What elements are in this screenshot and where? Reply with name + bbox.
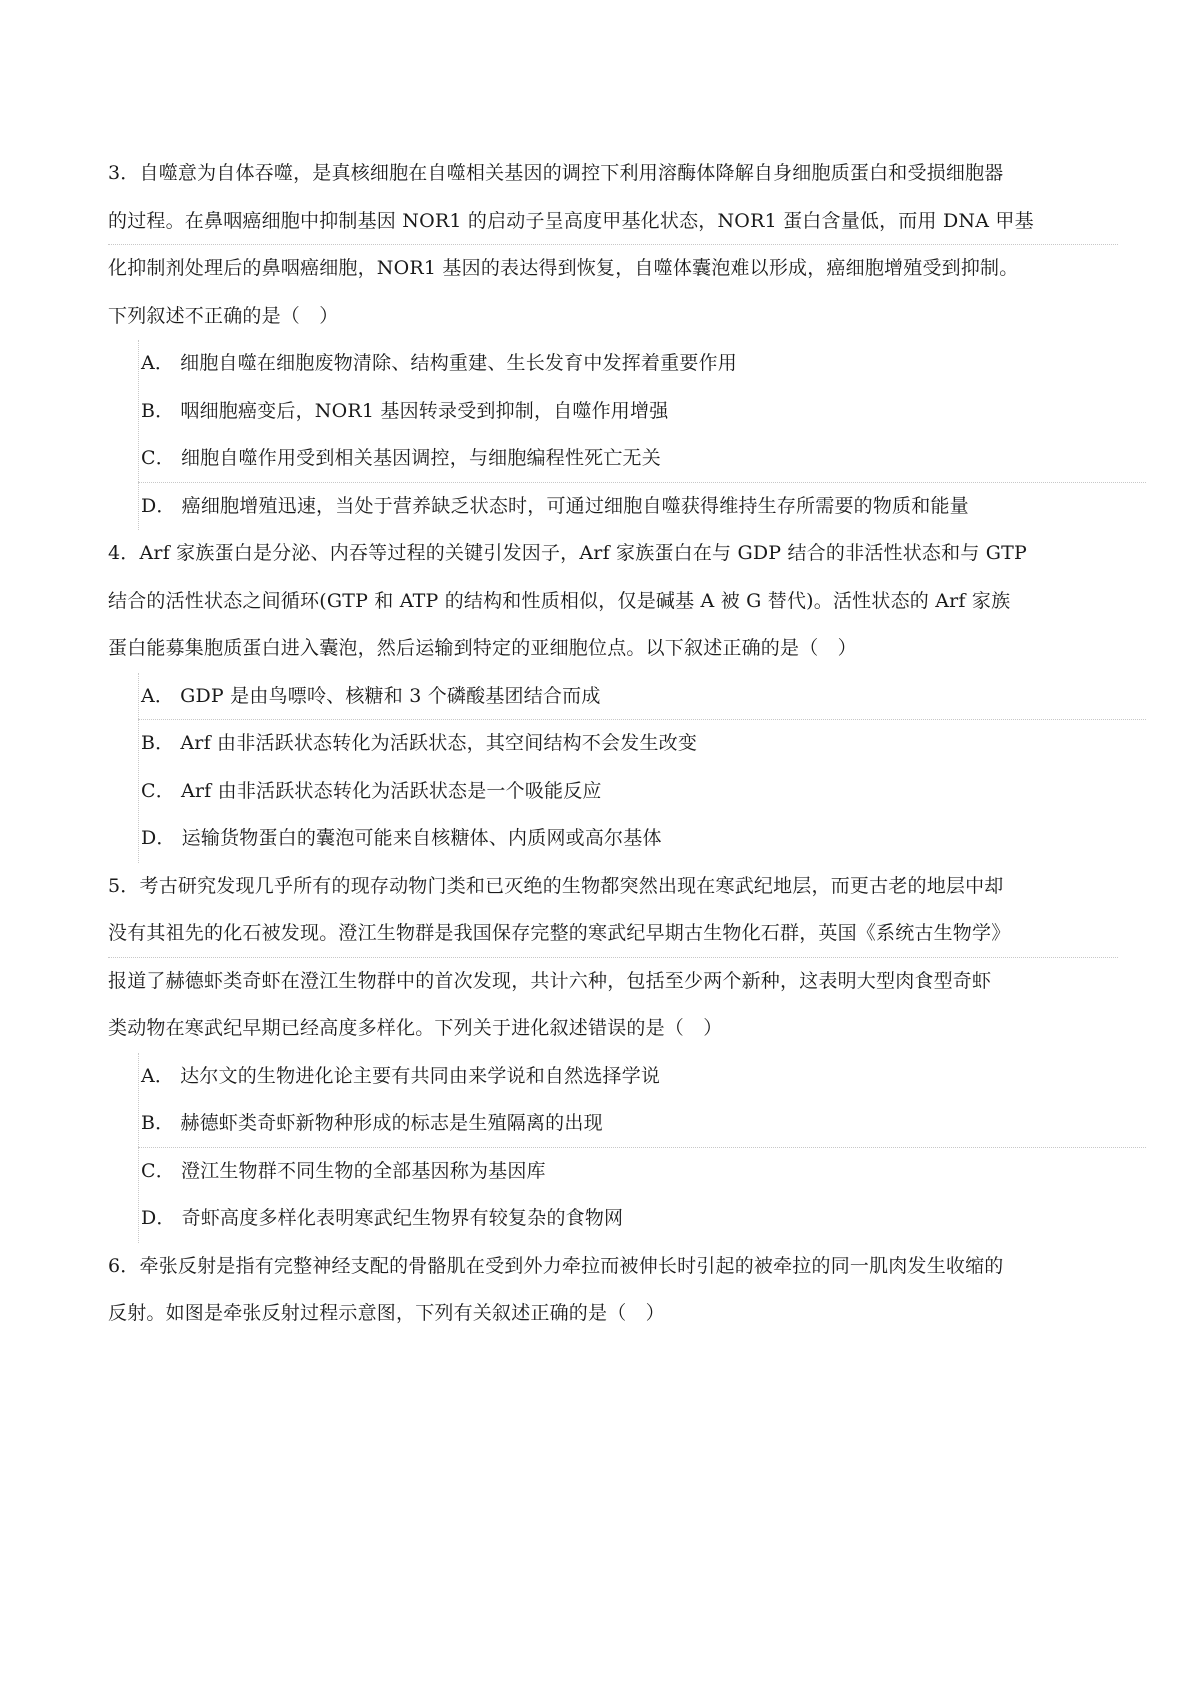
option-label: C． — [141, 780, 175, 802]
option-text: 运输货物蛋白的囊泡可能来自核糖体、内质网或高尔基体 — [182, 827, 662, 849]
question-5-option-c: C．澄江生物群不同生物的全部基因称为基因库 — [141, 1148, 1098, 1196]
question-3: 3．自噬意为自体吞噬，是真核细胞在自噬相关基因的调控下利用溶酶体降解自身细胞质蛋… — [108, 150, 1098, 530]
option-text: 咽细胞癌变后，NOR1 基因转录受到抑制，自噬作用增强 — [180, 400, 668, 422]
question-5-stem-line-1: 5．考古研究发现几乎所有的现存动物门类和已灭绝的生物都突然出现在寒武纪地层，而更… — [108, 863, 1098, 911]
question-5-option-d: D．奇虾高度多样化表明寒武纪生物界有较复杂的食物网 — [141, 1195, 1098, 1243]
question-6-stem-line-2: 反射。如图是牵张反射过程示意图，下列有关叙述正确的是（ ） — [108, 1290, 1098, 1338]
question-3-option-b: B．咽细胞癌变后，NOR1 基因转录受到抑制，自噬作用增强 — [141, 388, 1098, 436]
question-3-options: A．细胞自噬在细胞废物清除、结构重建、生长发育中发挥着重要作用 B．咽细胞癌变后… — [138, 340, 1098, 530]
option-label: B． — [141, 732, 174, 754]
question-6-stem-line-1: 6．牵张反射是指有完整神经支配的骨骼肌在受到外力牵拉而被伸长时引起的被牵拉的同一… — [108, 1243, 1098, 1291]
option-text: Arf 由非活跃状态转化为活跃状态，其空间结构不会发生改变 — [180, 732, 697, 754]
question-4-option-b: B．Arf 由非活跃状态转化为活跃状态，其空间结构不会发生改变 — [141, 720, 1098, 768]
question-4-option-d: D．运输货物蛋白的囊泡可能来自核糖体、内质网或高尔基体 — [141, 815, 1098, 863]
option-label: D． — [141, 827, 176, 849]
question-3-stem-line-3: 化抑制剂处理后的鼻咽癌细胞，NOR1 基因的表达得到恢复，自噬体囊泡难以形成，癌… — [108, 245, 1098, 293]
option-label: A． — [141, 1065, 174, 1087]
question-4-stem-line-1: 4．Arf 家族蛋白是分泌、内吞等过程的关键引发因子，Arf 家族蛋白在与 GD… — [108, 530, 1098, 578]
question-3-stem-line-2: 的过程。在鼻咽癌细胞中抑制基因 NOR1 的启动子呈高度甲基化状态，NOR1 蛋… — [108, 198, 1098, 246]
question-4-options: A．GDP 是由鸟嘌呤、核糖和 3 个磷酸基团结合而成 B．Arf 由非活跃状态… — [138, 673, 1098, 863]
option-text: 达尔文的生物进化论主要有共同由来学说和自然选择学说 — [180, 1065, 660, 1087]
question-6: 6．牵张反射是指有完整神经支配的骨骼肌在受到外力牵拉而被伸长时引起的被牵拉的同一… — [108, 1243, 1098, 1338]
question-5-stem-line-3: 报道了赫德虾类奇虾在澄江生物群中的首次发现，共计六种，包括至少两个新种，这表明大… — [108, 958, 1098, 1006]
question-3-stem-line-4: 下列叙述不正确的是（ ） — [108, 293, 1098, 341]
option-label: A． — [141, 352, 174, 374]
option-text: GDP 是由鸟嘌呤、核糖和 3 个磷酸基团结合而成 — [180, 685, 600, 707]
question-5-options: A．达尔文的生物进化论主要有共同由来学说和自然选择学说 B．赫德虾类奇虾新物种形… — [138, 1053, 1098, 1243]
question-4-stem-line-3: 蛋白能募集胞质蛋白进入囊泡，然后运输到特定的亚细胞位点。以下叙述正确的是（ ） — [108, 625, 1098, 673]
option-text: 癌细胞增殖迅速，当处于营养缺乏状态时，可通过细胞自噬获得维持生存所需要的物质和能… — [182, 495, 969, 517]
option-label: B． — [141, 1112, 174, 1134]
option-label: C． — [141, 447, 175, 469]
question-3-option-c: C．细胞自噬作用受到相关基因调控，与细胞编程性死亡无关 — [141, 435, 1098, 483]
option-text: 奇虾高度多样化表明寒武纪生物界有较复杂的食物网 — [182, 1207, 624, 1229]
question-5: 5．考古研究发现几乎所有的现存动物门类和已灭绝的生物都突然出现在寒武纪地层，而更… — [108, 863, 1098, 1243]
question-4-option-c: C．Arf 由非活跃状态转化为活跃状态是一个吸能反应 — [141, 768, 1098, 816]
question-5-stem-line-2: 没有其祖先的化石被发现。澄江生物群是我国保存完整的寒武纪早期古生物化石群，英国《… — [108, 910, 1098, 958]
question-5-stem-line-4: 类动物在寒武纪早期已经高度多样化。下列关于进化叙述错误的是（ ） — [108, 1005, 1098, 1053]
option-label: D． — [141, 1207, 176, 1229]
exam-page: 3．自噬意为自体吞噬，是真核细胞在自噬相关基因的调控下利用溶酶体降解自身细胞质蛋… — [108, 150, 1098, 1338]
question-3-option-a: A．细胞自噬在细胞废物清除、结构重建、生长发育中发挥着重要作用 — [141, 340, 1098, 388]
question-5-option-b: B．赫德虾类奇虾新物种形成的标志是生殖隔离的出现 — [141, 1100, 1098, 1148]
question-3-stem-line-1: 3．自噬意为自体吞噬，是真核细胞在自噬相关基因的调控下利用溶酶体降解自身细胞质蛋… — [108, 150, 1098, 198]
question-4-stem-line-2: 结合的活性状态之间循环(GTP 和 ATP 的结构和性质相似，仅是碱基 A 被 … — [108, 578, 1098, 626]
question-3-option-d: D．癌细胞增殖迅速，当处于营养缺乏状态时，可通过细胞自噬获得维持生存所需要的物质… — [141, 483, 1098, 531]
question-4: 4．Arf 家族蛋白是分泌、内吞等过程的关键引发因子，Arf 家族蛋白在与 GD… — [108, 530, 1098, 863]
option-text: 细胞自噬作用受到相关基因调控，与细胞编程性死亡无关 — [181, 447, 661, 469]
option-label: B． — [141, 400, 174, 422]
option-label: C． — [141, 1160, 175, 1182]
question-5-option-a: A．达尔文的生物进化论主要有共同由来学说和自然选择学说 — [141, 1053, 1098, 1101]
option-text: 赫德虾类奇虾新物种形成的标志是生殖隔离的出现 — [180, 1112, 602, 1134]
question-4-option-a: A．GDP 是由鸟嘌呤、核糖和 3 个磷酸基团结合而成 — [141, 673, 1098, 721]
option-text: 细胞自噬在细胞废物清除、结构重建、生长发育中发挥着重要作用 — [180, 352, 737, 374]
option-text: Arf 由非活跃状态转化为活跃状态是一个吸能反应 — [181, 780, 602, 802]
option-label: A． — [141, 685, 174, 707]
option-text: 澄江生物群不同生物的全部基因称为基因库 — [181, 1160, 546, 1182]
option-label: D． — [141, 495, 176, 517]
